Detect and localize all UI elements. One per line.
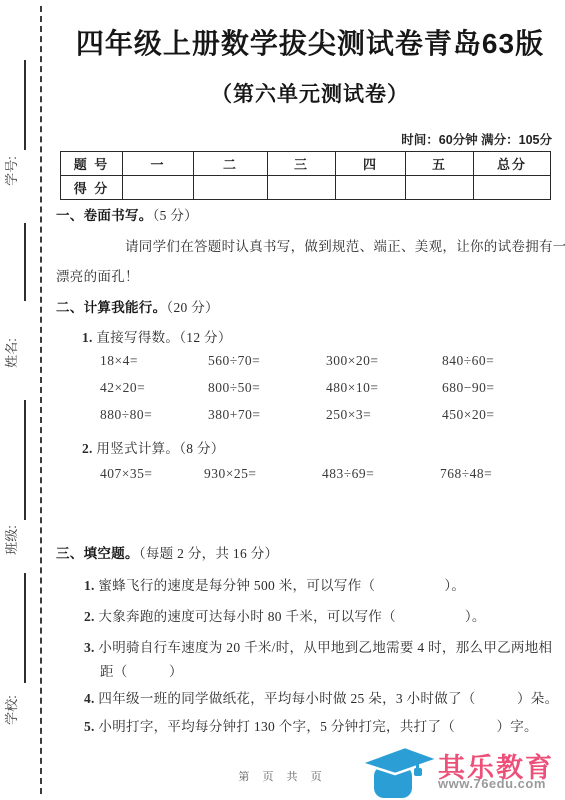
score-table-header-row: 题 号 一 二 三 四 五 总分 <box>61 152 551 176</box>
student-name-blank-line <box>24 223 26 301</box>
fill-blank-item: 5. 小明打字，平均每分钟打 130 个字，5 分钟打完，共打了（ ）字。 <box>84 718 538 735</box>
section2-heading-text: 二、计算我能行。 <box>56 300 166 315</box>
section3-heading-text: 三、填空题。 <box>56 546 139 561</box>
score-empty-cell <box>336 176 406 200</box>
section1-body-line1: 请同学们在答题时认真书写，做到规范、端正、美观，让你的试卷拥有一张清秀、 <box>125 238 565 255</box>
brand-website: www.76edu.com <box>438 776 546 791</box>
math-expression: 480×10= <box>326 380 442 396</box>
school-label: 学校: <box>3 682 21 738</box>
score-header-cell: 二 <box>194 152 268 176</box>
math-expression: 250×3= <box>326 407 442 423</box>
student-name-label: 姓名: <box>3 325 21 381</box>
binding-dashed-line <box>40 6 42 794</box>
math-expression: 380+70= <box>208 407 326 423</box>
math-expression: 800÷50= <box>208 380 326 396</box>
math-expression: 483÷69= <box>322 466 440 482</box>
item-text: 四年级一班的同学做纸花，平均每小时做 25 朵，3 小时做了（ ）朵。 <box>98 691 558 706</box>
mental-math-grid: 18×4= 560÷70= 300×20= 840÷60= 42×20= 800… <box>100 353 540 423</box>
math-expression: 560÷70= <box>208 353 326 369</box>
question-text: 用竖式计算。（8 分） <box>96 441 224 456</box>
score-empty-cell <box>123 176 194 200</box>
time-and-score-info: 时间：60分钟 满分：105分 <box>60 130 552 148</box>
student-id-label: 学号: <box>3 143 21 199</box>
item-number: 3. <box>84 640 95 655</box>
column-method-grid: 407×35= 930×25= 483÷69= 768÷48= <box>100 466 538 482</box>
section2-points: （20 分） <box>166 300 218 315</box>
math-expression: 450×20= <box>442 407 540 423</box>
math-expression: 930×25= <box>204 466 322 482</box>
section3-points: （每题 2 分，共 16 分） <box>139 546 279 561</box>
paper-subtitle: （第六单元测试卷） <box>55 78 565 108</box>
item-text: 小明骑自行车速度为 20 千米/时，从甲地到乙地需要 4 时，那么甲乙两地相 <box>98 640 552 655</box>
fill-blank-item: 4. 四年级一班的同学做纸花，平均每小时做 25 朵，3 小时做了（ ）朵。 <box>84 690 558 707</box>
score-header-cell: 三 <box>268 152 336 176</box>
math-expression: 18×4= <box>100 353 208 369</box>
section1-heading-text: 一、卷面书写。 <box>56 208 153 223</box>
question-number: 1. <box>82 330 93 345</box>
score-empty-cell <box>194 176 268 200</box>
fill-blank-item: 3. 小明骑自行车速度为 20 千米/时，从甲地到乙地需要 4 时，那么甲乙两地… <box>84 639 552 656</box>
fill-blank-item: 2. 大象奔跑的速度可达每小时 80 千米，可以写作（ ）。 <box>84 608 486 625</box>
score-header-cell: 四 <box>336 152 406 176</box>
score-table: 题 号 一 二 三 四 五 总分 得 分 <box>60 151 551 200</box>
score-empty-cell <box>406 176 474 200</box>
math-expression: 880÷80= <box>100 407 208 423</box>
class-label: 班级: <box>3 512 21 568</box>
section1-points: （5 分） <box>153 208 198 223</box>
section2-q2-title: 2. 用竖式计算。（8 分） <box>82 440 225 457</box>
math-expression: 680−90= <box>442 380 540 396</box>
section2-q1-title: 1. 直接写得数。（12 分） <box>82 329 232 346</box>
fill-blank-item-continuation: 距（ ） <box>100 663 183 680</box>
score-empty-cell <box>474 176 551 200</box>
paper-title: 四年级上册数学拔尖测试卷青岛63版 <box>55 22 565 62</box>
question-text: 直接写得数。（12 分） <box>96 330 231 345</box>
score-table-score-row: 得 分 <box>61 176 551 200</box>
item-number: 4. <box>84 691 95 706</box>
question-number: 2. <box>82 441 93 456</box>
test-paper-page: 学号: 姓名: 班级: 学校: 四年级上册数学拔尖测试卷青岛63版 （第六单元测… <box>0 0 565 800</box>
score-empty-cell <box>268 176 336 200</box>
item-text: 蜜蜂飞行的速度是每分钟 500 米，可以写作（ ）。 <box>98 578 465 593</box>
school-blank-line <box>24 573 26 683</box>
graduation-cap-icon <box>361 746 439 798</box>
math-expression: 407×35= <box>100 466 204 482</box>
math-expression: 300×20= <box>326 353 442 369</box>
item-text: 小明打字，平均每分钟打 130 个字，5 分钟打完，共打了（ ）字。 <box>98 719 537 734</box>
math-expression: 42×20= <box>100 380 208 396</box>
section1-body-line2: 漂亮的面孔！ <box>56 268 139 285</box>
item-number: 2. <box>84 609 95 624</box>
student-id-blank-line <box>24 60 26 150</box>
score-header-cell: 总分 <box>474 152 551 176</box>
item-text: 大象奔跑的速度可达每小时 80 千米，可以写作（ ）。 <box>98 609 485 624</box>
math-expression: 768÷48= <box>440 466 538 482</box>
section1-heading: 一、卷面书写。（5 分） <box>56 207 198 224</box>
section3-heading: 三、填空题。（每题 2 分，共 16 分） <box>56 545 278 562</box>
fill-blank-item: 1. 蜜蜂飞行的速度是每分钟 500 米，可以写作（ ）。 <box>84 577 465 594</box>
section2-heading: 二、计算我能行。（20 分） <box>56 299 219 316</box>
score-header-cell: 一 <box>123 152 194 176</box>
score-row-label: 得 分 <box>61 176 123 200</box>
score-header-cell: 五 <box>406 152 474 176</box>
item-number: 5. <box>84 719 95 734</box>
class-blank-line <box>24 400 26 520</box>
item-number: 1. <box>84 578 95 593</box>
score-header-cell: 题 号 <box>61 152 123 176</box>
math-expression: 840÷60= <box>442 353 540 369</box>
